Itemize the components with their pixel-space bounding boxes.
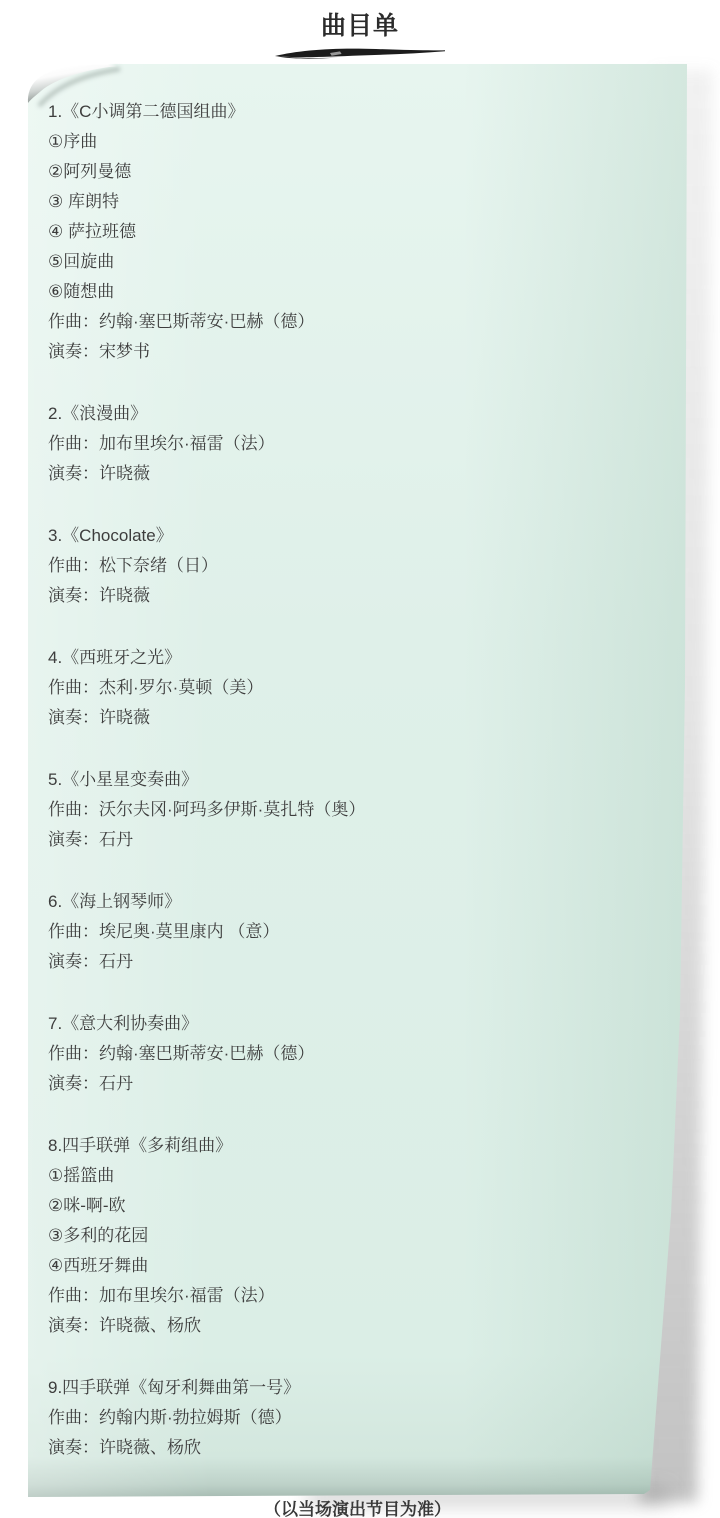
piece-performer: 演奏：石丹 [48,1069,667,1099]
piece-movement: ③多利的花园 [48,1221,667,1251]
program-item: 9.四手联弹《匈牙利舞曲第一号》作曲：约翰内斯·勃拉姆斯（德）演奏：许晓薇、杨欣 [48,1373,667,1463]
piece-composer: 作曲：沃尔夫冈·阿玛多伊斯·莫扎特（奥） [48,795,667,825]
piece-title: 3.《Chocolate》 [48,521,667,551]
piece-performer: 演奏：许晓薇 [48,581,667,611]
piece-title: 7.《意大利协奏曲》 [48,1009,667,1039]
piece-movement: ②阿列曼德 [48,157,667,187]
program-list: 1.《C小调第二德国组曲》①序曲②阿列曼德③ 库朗特④ 萨拉班德⑤回旋曲⑥随想曲… [48,97,667,1463]
piece-composer: 作曲：杰利·罗尔·莫顿（美） [48,673,667,703]
piece-composer: 作曲：加布里埃尔·福雷（法） [48,429,667,459]
program-item: 7.《意大利协奏曲》作曲：约翰·塞巴斯蒂安·巴赫（德）演奏：石丹 [48,1009,667,1099]
piece-title: 2.《浪漫曲》 [48,399,667,429]
piece-movement: ③ 库朗特 [48,187,667,217]
piece-title: 1.《C小调第二德国组曲》 [48,97,667,127]
program-item: 2.《浪漫曲》作曲：加布里埃尔·福雷（法）演奏：许晓薇 [48,399,667,489]
piece-performer: 演奏：许晓薇、杨欣 [48,1311,667,1341]
piece-performer: 演奏：许晓薇 [48,703,667,733]
piece-composer: 作曲：埃尼奥·莫里康内 （意） [48,917,667,947]
program-item: 3.《Chocolate》作曲：松下奈绪（日）演奏：许晓薇 [48,521,667,611]
piece-movement: ④ 萨拉班德 [48,217,667,247]
piece-title: 5.《小星星变奏曲》 [48,765,667,795]
paper-sheet: 1.《C小调第二德国组曲》①序曲②阿列曼德③ 库朗特④ 萨拉班德⑤回旋曲⑥随想曲… [28,64,687,1497]
footer-note: （以当场演出节目为准） [48,1495,667,1518]
piece-movement: ⑥随想曲 [48,277,667,307]
piece-composer: 作曲：加布里埃尔·福雷（法） [48,1281,667,1311]
program-item: 8.四手联弹《多莉组曲》①摇篮曲②咪-啊-欧③多利的花园④西班牙舞曲作曲：加布里… [48,1131,667,1341]
piece-composer: 作曲：约翰内斯·勃拉姆斯（德） [48,1403,667,1433]
piece-title: 4.《西班牙之光》 [48,643,667,673]
piece-title: 9.四手联弹《匈牙利舞曲第一号》 [48,1373,667,1403]
piece-title: 6.《海上钢琴师》 [48,887,667,917]
piece-movement: ⑤回旋曲 [48,247,667,277]
program-content: 1.《C小调第二德国组曲》①序曲②阿列曼德③ 库朗特④ 萨拉班德⑤回旋曲⑥随想曲… [28,64,687,1497]
piece-movement: ①摇篮曲 [48,1161,667,1191]
program-item: 1.《C小调第二德国组曲》①序曲②阿列曼德③ 库朗特④ 萨拉班德⑤回旋曲⑥随想曲… [48,97,667,367]
piece-performer: 演奏：许晓薇、杨欣 [48,1433,667,1463]
ink-divider-icon [272,44,448,62]
piece-performer: 演奏：许晓薇 [48,459,667,489]
piece-performer: 演奏：宋梦书 [48,337,667,367]
piece-movement: ④西班牙舞曲 [48,1251,667,1281]
program-item: 4.《西班牙之光》作曲：杰利·罗尔·莫顿（美）演奏：许晓薇 [48,643,667,733]
piece-composer: 作曲：约翰·塞巴斯蒂安·巴赫（德） [48,307,667,337]
piece-performer: 演奏：石丹 [48,947,667,977]
piece-title: 8.四手联弹《多莉组曲》 [48,1131,667,1161]
page-title: 曲目单 [0,6,720,42]
piece-composer: 作曲：松下奈绪（日） [48,551,667,581]
program-item: 6.《海上钢琴师》作曲：埃尼奥·莫里康内 （意）演奏：石丹 [48,887,667,977]
program-page: 曲目单 [0,0,720,1518]
piece-movement: ①序曲 [48,127,667,157]
piece-movement: ②咪-啊-欧 [48,1191,667,1221]
program-item: 5.《小星星变奏曲》作曲：沃尔夫冈·阿玛多伊斯·莫扎特（奥）演奏：石丹 [48,765,667,855]
piece-composer: 作曲：约翰·塞巴斯蒂安·巴赫（德） [48,1039,667,1069]
piece-performer: 演奏：石丹 [48,825,667,855]
